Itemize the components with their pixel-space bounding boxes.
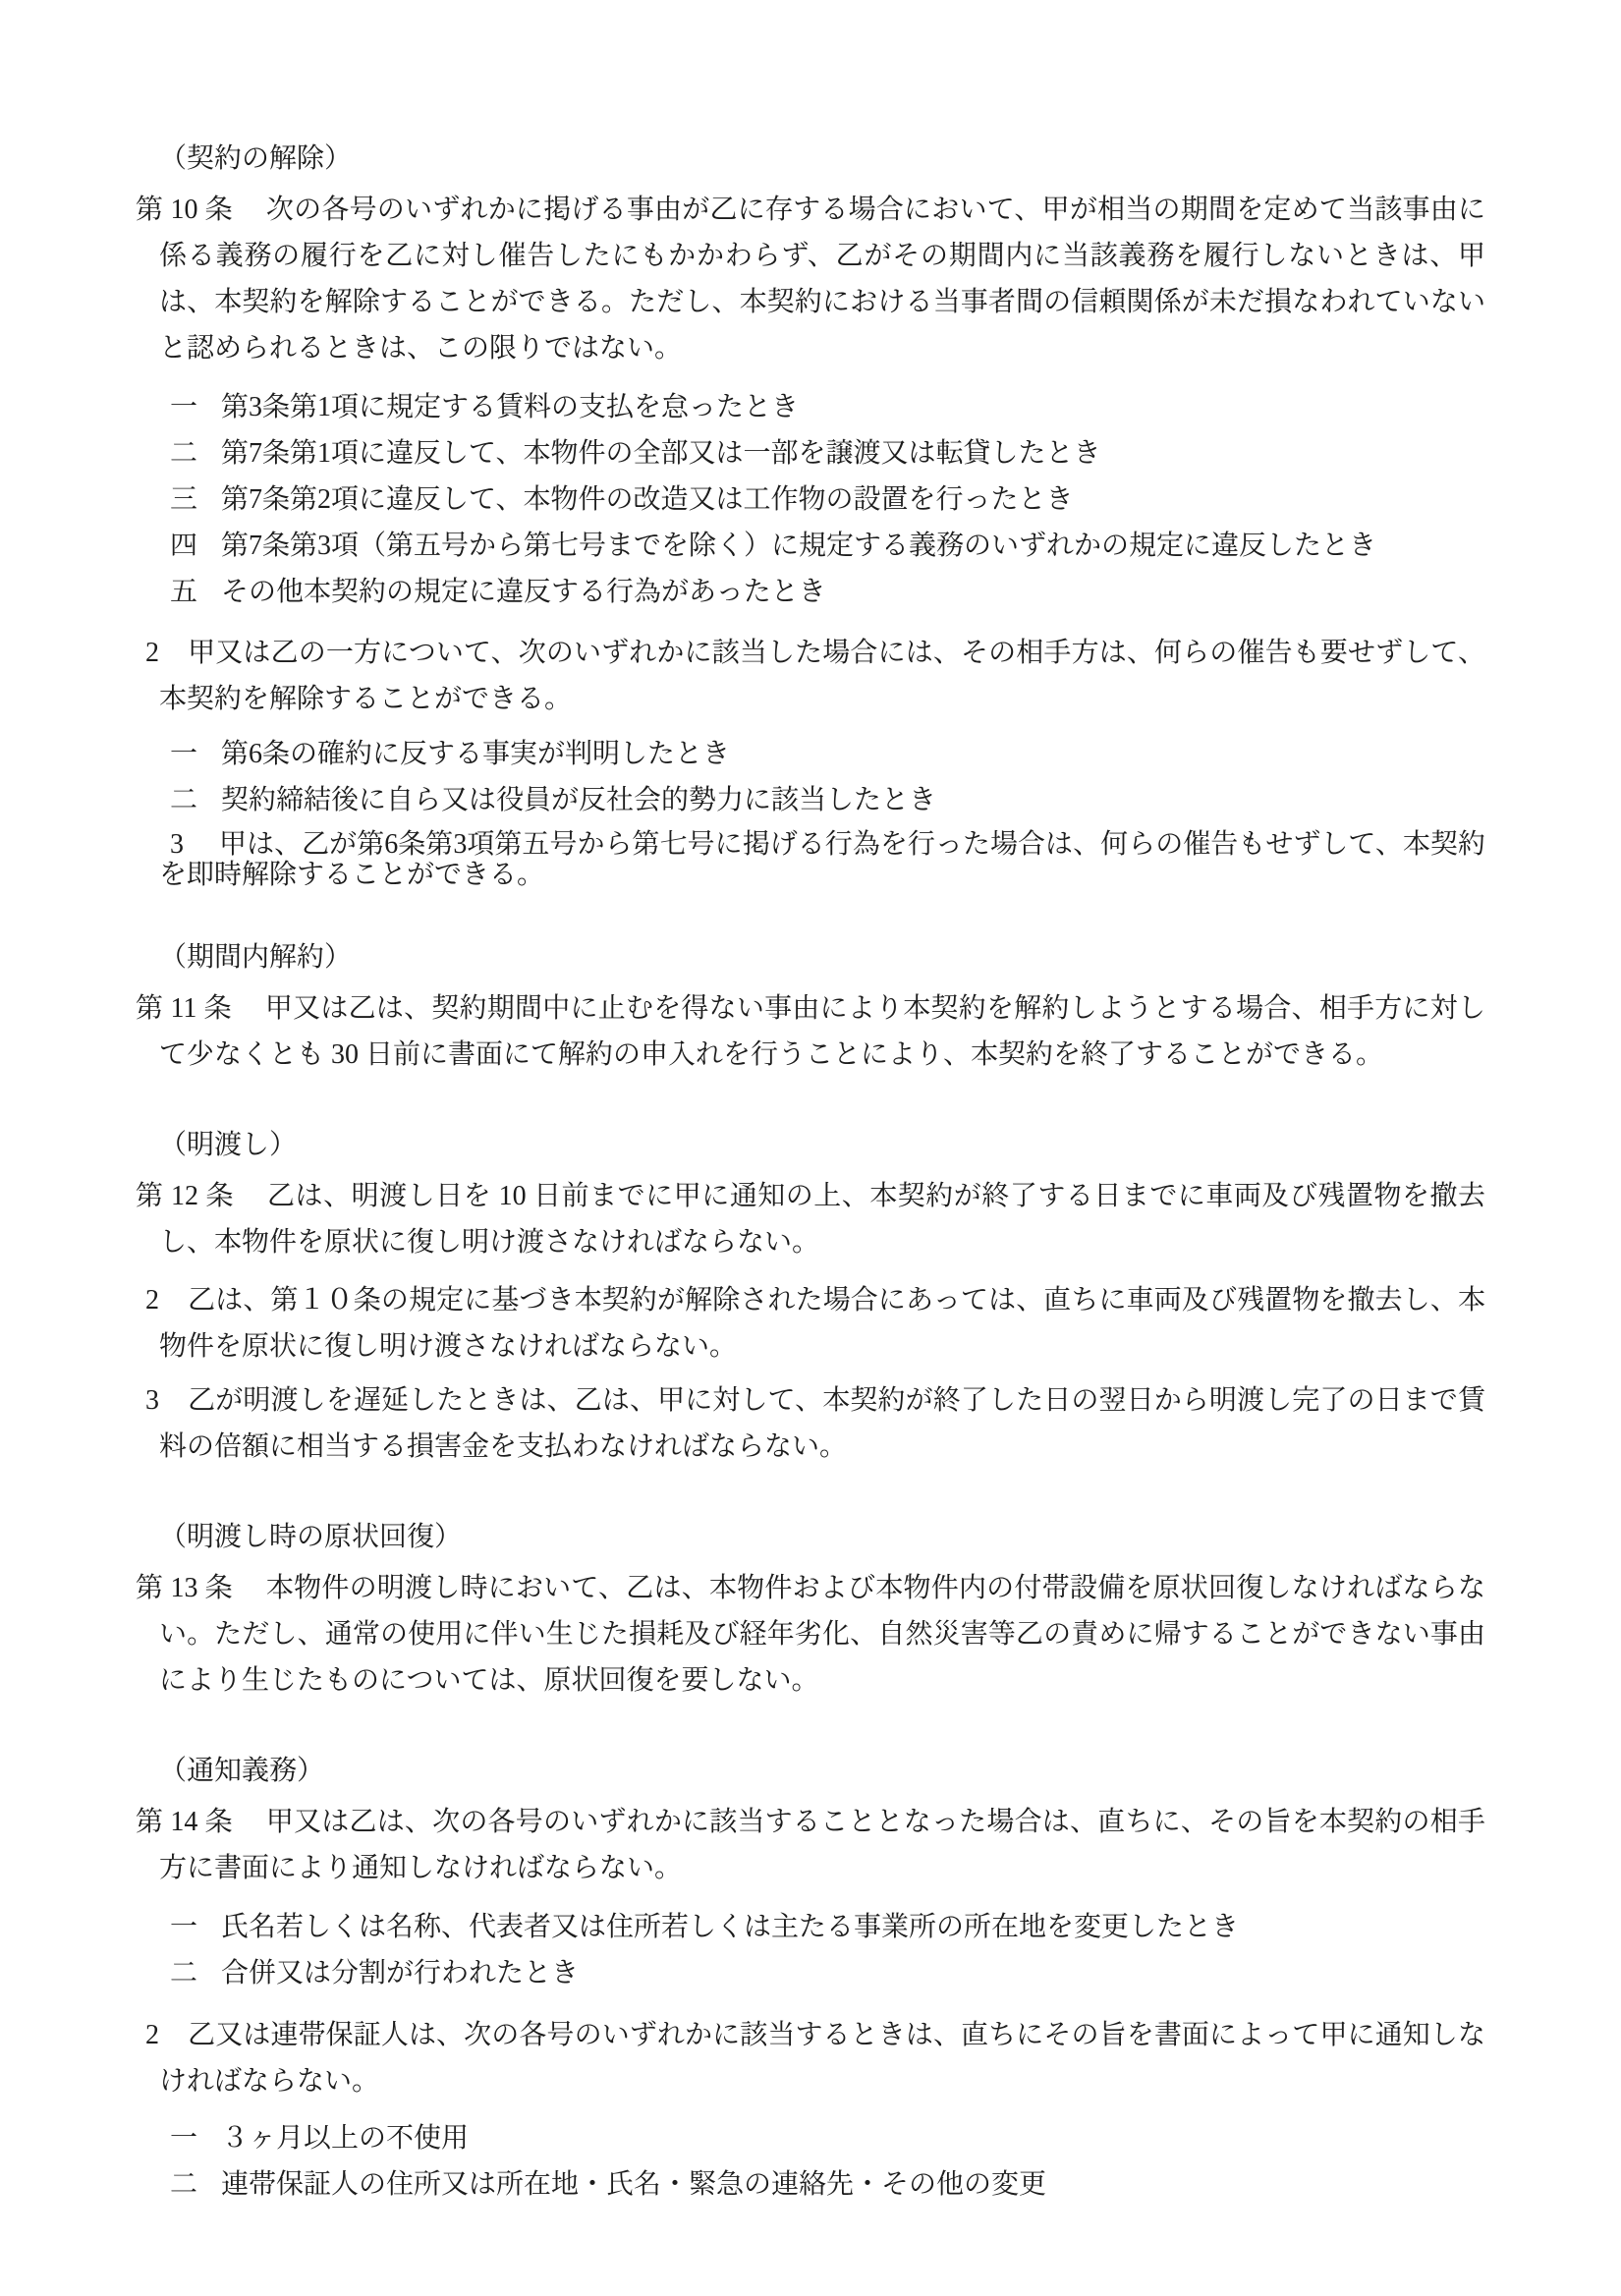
article-12-body: 乙は、明渡し日を 10 日前までに甲に通知の上、本契約が終了する日までに車両及び… (159, 1181, 1485, 1258)
article-11-body: 甲又は乙は、契約期間中に止むを得ない事由により本契約を解約しようとする場合、相手… (159, 993, 1485, 1070)
article-10-paragraph-2: 2甲又は乙の一方について、次のいずれかに該当した場合には、その相手方は、何らの催… (136, 630, 1485, 722)
article-10-item-2: 二第7条第1項に違反して、本物件の全部又は一部を譲渡又は転貸したとき (136, 430, 1485, 476)
article-14-body: 甲又は乙は、次の各号のいずれかに該当することとなった場合は、直ちに、その旨を本契… (159, 1807, 1485, 1883)
item-number: 二 (170, 1958, 197, 1988)
item-number: 二 (170, 438, 197, 469)
article-12: 第 12 条乙は、明渡し日を 10 日前までに甲に通知の上、本契約が終了する日ま… (136, 1173, 1485, 1265)
article-14-paragraph-2-item-2: 二連帯保証人の住所又は所在地・氏名・緊急の連絡先・その他の変更 (136, 2161, 1485, 2208)
item-number: 一 (170, 392, 197, 422)
article-14-item-2: 二合併又は分割が行われたとき (136, 1950, 1485, 1996)
article-10-paragraph-3: 3甲は、乙が第6条第3項第五号から第七号に掲げる行為を行った場合は、何らの催告も… (136, 829, 1485, 890)
contract-page: （契約の解除） 第 10 条次の各号のいずれかに掲げる事由が乙に存する場合におい… (0, 0, 1621, 2296)
article-10-paragraph-2-item-list: 一第6条の確約に反する事実が判明したとき 二契約締結後に自ら又は役員が反社会的勢… (136, 731, 1485, 823)
article-14-paragraph-2-item-list: 一３ヶ月以上の不使用 二連帯保証人の住所又は所在地・氏名・緊急の連絡先・その他の… (136, 2115, 1485, 2208)
item-number: 二 (170, 2169, 197, 2200)
article-10-label: 第 10 条 (136, 195, 233, 225)
article-10: 第 10 条次の各号のいずれかに掲げる事由が乙に存する場合において、甲が相当の期… (136, 187, 1485, 371)
section-heading-restoration: （明渡し時の原状回復） (136, 1514, 1485, 1560)
item-text: 第3条第1項に規定する賃料の支払を怠ったとき (221, 392, 799, 422)
item-text: 第7条第3項（第五号から第七号までを除く）に規定する義務のいずれかの規定に違反し… (221, 531, 1376, 561)
item-number: 一 (170, 739, 197, 769)
paragraph-text: 甲は、乙が第6条第3項第五号から第七号に掲げる行為を行った場合は、何らの催告もせ… (159, 829, 1485, 890)
item-text: 契約締結後に自ら又は役員が反社会的勢力に該当したとき (221, 785, 936, 815)
article-10-item-1: 一第3条第1項に規定する賃料の支払を怠ったとき (136, 384, 1485, 430)
article-14-label: 第 14 条 (136, 1807, 233, 1837)
section-heading-surrender: （明渡し） (136, 1122, 1485, 1168)
paragraph-number: 2 (145, 1285, 159, 1316)
article-14-item-list: 一氏名若しくは名称、代表者又は住所若しくは主たる事業所の所在地を変更したとき 二… (136, 1904, 1485, 1996)
item-number: 四 (170, 531, 197, 561)
article-10-item-5: 五その他本契約の規定に違反する行為があったとき (136, 569, 1485, 615)
item-number: 一 (170, 1912, 197, 1942)
item-text: 第6条の確約に反する事実が判明したとき (221, 739, 730, 769)
item-text: 合併又は分割が行われたとき (221, 1958, 579, 1988)
item-text: 第7条第2項に違反して、本物件の改造又は工作物の設置を行ったとき (221, 484, 1073, 515)
article-10-item-list: 一第3条第1項に規定する賃料の支払を怠ったとき 二第7条第1項に違反して、本物件… (136, 384, 1485, 615)
item-text: その他本契約の規定に違反する行為があったとき (221, 577, 826, 607)
article-13: 第 13 条本物件の明渡し時において、乙は、本物件および本物件内の付帯設備を原状… (136, 1565, 1485, 1704)
article-10-item-4: 四第7条第3項（第五号から第七号までを除く）に規定する義務のいずれかの規定に違反… (136, 523, 1485, 569)
paragraph-number: 3 (145, 1385, 159, 1416)
article-10-body: 次の各号のいずれかに掲げる事由が乙に存する場合において、甲が相当の期間を定めて当… (159, 195, 1485, 364)
article-12-paragraph-2: 2乙は、第１０条の規定に基づき本契約が解除された場合にあっては、直ちに車両及び残… (136, 1277, 1485, 1370)
article-11: 第 11 条甲又は乙は、契約期間中に止むを得ない事由により本契約を解約しようとす… (136, 985, 1485, 1078)
article-10-paragraph-2-item-2: 二契約締結後に自ら又は役員が反社会的勢力に該当したとき (136, 777, 1485, 823)
article-10-paragraph-2-item-1: 一第6条の確約に反する事実が判明したとき (136, 731, 1485, 777)
article-11-label: 第 11 条 (136, 993, 232, 1024)
item-text: 連帯保証人の住所又は所在地・氏名・緊急の連絡先・その他の変更 (221, 2169, 1046, 2200)
paragraph-text: 乙は、第１０条の規定に基づき本契約が解除された場合にあっては、直ちに車両及び残置… (159, 1285, 1485, 1362)
item-number: 一 (170, 2123, 197, 2154)
article-14-paragraph-2-item-1: 一３ヶ月以上の不使用 (136, 2115, 1485, 2161)
paragraph-text: 甲又は乙の一方について、次のいずれかに該当した場合には、その相手方は、何らの催告… (159, 638, 1485, 714)
item-number: 二 (170, 785, 197, 815)
item-text: ３ヶ月以上の不使用 (221, 2123, 469, 2154)
paragraph-number: 2 (145, 638, 159, 668)
article-10-item-3: 三第7条第2項に違反して、本物件の改造又は工作物の設置を行ったとき (136, 476, 1485, 523)
article-14: 第 14 条甲又は乙は、次の各号のいずれかに該当することとなった場合は、直ちに、… (136, 1799, 1485, 1891)
paragraph-text: 乙が明渡しを遅延したときは、乙は、甲に対して、本契約が終了した日の翌日から明渡し… (159, 1385, 1485, 1462)
item-text: 第7条第1項に違反して、本物件の全部又は一部を譲渡又は転貸したとき (221, 438, 1100, 469)
paragraph-number: 3 (170, 829, 184, 860)
article-12-label: 第 12 条 (136, 1181, 234, 1211)
article-12-paragraph-3: 3乙が明渡しを遅延したときは、乙は、甲に対して、本契約が終了した日の翌日から明渡… (136, 1377, 1485, 1470)
article-13-body: 本物件の明渡し時において、乙は、本物件および本物件内の付帯設備を原状回復しなけれ… (159, 1573, 1485, 1696)
paragraph-text: 乙又は連帯保証人は、次の各号のいずれかに該当するときは、直ちにその旨を書面によっ… (159, 2020, 1485, 2097)
article-14-item-1: 一氏名若しくは名称、代表者又は住所若しくは主たる事業所の所在地を変更したとき (136, 1904, 1485, 1950)
section-heading-termination: （契約の解除） (136, 136, 1485, 182)
article-14-paragraph-2: 2乙又は連帯保証人は、次の各号のいずれかに該当するときは、直ちにその旨を書面によ… (136, 2012, 1485, 2104)
item-text: 氏名若しくは名称、代表者又は住所若しくは主たる事業所の所在地を変更したとき (221, 1912, 1239, 1942)
article-13-label: 第 13 条 (136, 1573, 233, 1603)
item-number: 三 (170, 484, 197, 515)
section-heading-notification-duty: （通知義務） (136, 1748, 1485, 1794)
section-heading-midterm-cancellation: （期間内解約） (136, 934, 1485, 980)
item-number: 五 (170, 577, 197, 607)
paragraph-number: 2 (145, 2020, 159, 2050)
